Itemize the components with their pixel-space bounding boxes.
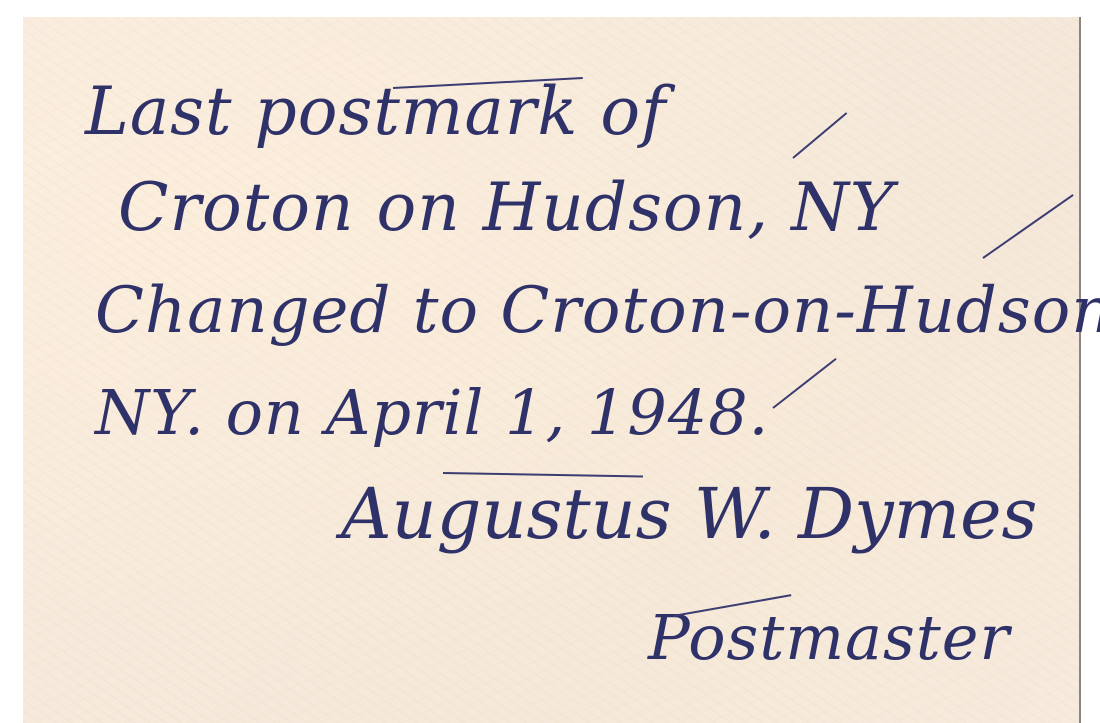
handwritten-line-4: NY. on April 1, 1948.	[95, 382, 769, 444]
pen-stroke-decoration	[772, 358, 836, 409]
postcard: Last postmark of Croton on Hudson, NY Ch…	[23, 17, 1081, 723]
handwritten-line-1: Last postmark of	[85, 79, 667, 145]
signature: Augustus W. Dymes	[341, 479, 1037, 549]
pen-stroke-decoration	[982, 194, 1073, 259]
signature-title: Postmaster	[648, 607, 1010, 669]
handwritten-line-2: Croton on Hudson, NY	[118, 175, 894, 241]
handwritten-line-3: Changed to Croton-on-Hudson	[95, 279, 1100, 343]
pen-stroke-decoration	[792, 112, 847, 159]
